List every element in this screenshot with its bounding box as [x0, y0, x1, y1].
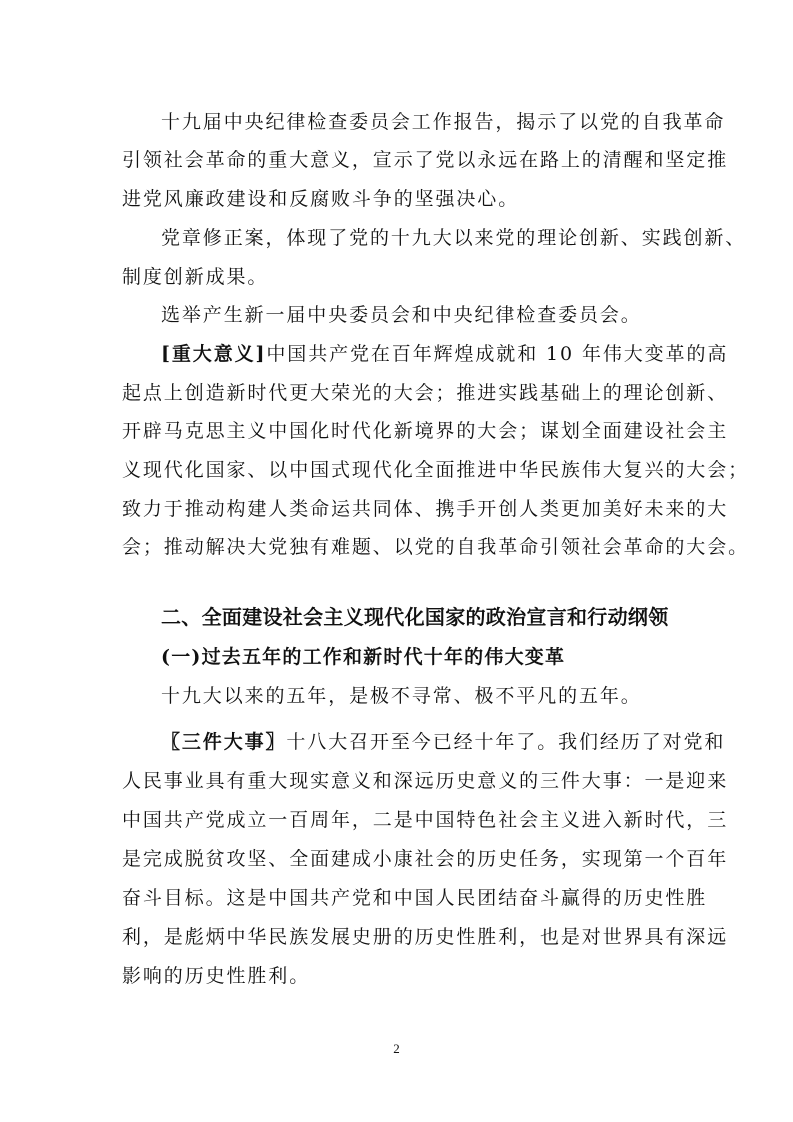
- body-line: 十九大以来的五年，是极不寻常、极不平凡的五年。: [161, 684, 721, 708]
- body-line: 进党风廉政建设和反腐败斗争的坚强决心。: [122, 187, 682, 211]
- body-line: 引领社会革命的重大意义，宣示了党以永远在路上的清醒和坚定推: [122, 148, 682, 172]
- significance-first-line: [重大意义]中国共产党在百年辉煌成就和 10 年伟大变革的高: [161, 342, 721, 366]
- significance-label: [重大意义]: [161, 343, 266, 365]
- body-line: 义现代化国家、以中国式现代化全面推进中华民族伟大复兴的大会；: [122, 458, 682, 482]
- three-events-label: 〖三件大事〗: [161, 731, 286, 753]
- section-heading: 二、全面建设社会主义现代化国家的政治宣言和行动纲领: [161, 605, 721, 629]
- document-page: 十九届中央纪律检查委员会工作报告，揭示了以党的自我革命 引领社会革命的重大意义，…: [0, 0, 793, 1122]
- body-line: 选举产生新一届中央委员会和中央纪律检查委员会。: [161, 303, 721, 327]
- body-text: 十八大召开至今已经十年了。我们经历了对党和: [286, 731, 725, 753]
- body-line: 制度创新成果。: [122, 265, 682, 289]
- page-number: 2: [0, 1041, 793, 1057]
- three-events-first-line: 〖三件大事〗十八大召开至今已经十年了。我们经历了对党和: [161, 730, 721, 754]
- subsection-heading: (一)过去五年的工作和新时代十年的伟大变革: [161, 645, 721, 669]
- body-line: 致力于推动构建人类命运共同体、携手开创人类更加美好未来的大: [122, 497, 682, 521]
- body-line: 会；推动解决大党独有难题、以党的自我革命引领社会革命的大会。: [122, 535, 682, 559]
- body-line: 十九届中央纪律检查委员会工作报告，揭示了以党的自我革命: [161, 110, 721, 134]
- body-line: 人民事业具有重大现实意义和深远历史意义的三件大事：一是迎来: [122, 769, 682, 793]
- body-text: 中国共产党在百年辉煌成就和 10 年伟大变革的高: [266, 343, 728, 365]
- body-line: 影响的历史性胜利。: [122, 964, 682, 988]
- body-line: 党章修正案，体现了党的十九大以来党的理论创新、实践创新、: [161, 226, 721, 250]
- body-line: 利，是彪炳中华民族发展史册的历史性胜利，也是对世界具有深远: [122, 925, 682, 949]
- body-line: 是完成脱贫攻坚、全面建成小康社会的历史任务，实现第一个百年: [122, 847, 682, 871]
- body-line: 起点上创造新时代更大荣光的大会；推进实践基础上的理论创新、: [122, 381, 682, 405]
- body-line: 奋斗目标。这是中国共产党和中国人民团结奋斗赢得的历史性胜: [122, 886, 682, 910]
- body-line: 中国共产党成立一百周年，二是中国特色社会主义进入新时代，三: [122, 808, 682, 832]
- body-line: 开辟马克思主义中国化时代化新境界的大会；谋划全面建设社会主: [122, 419, 682, 443]
